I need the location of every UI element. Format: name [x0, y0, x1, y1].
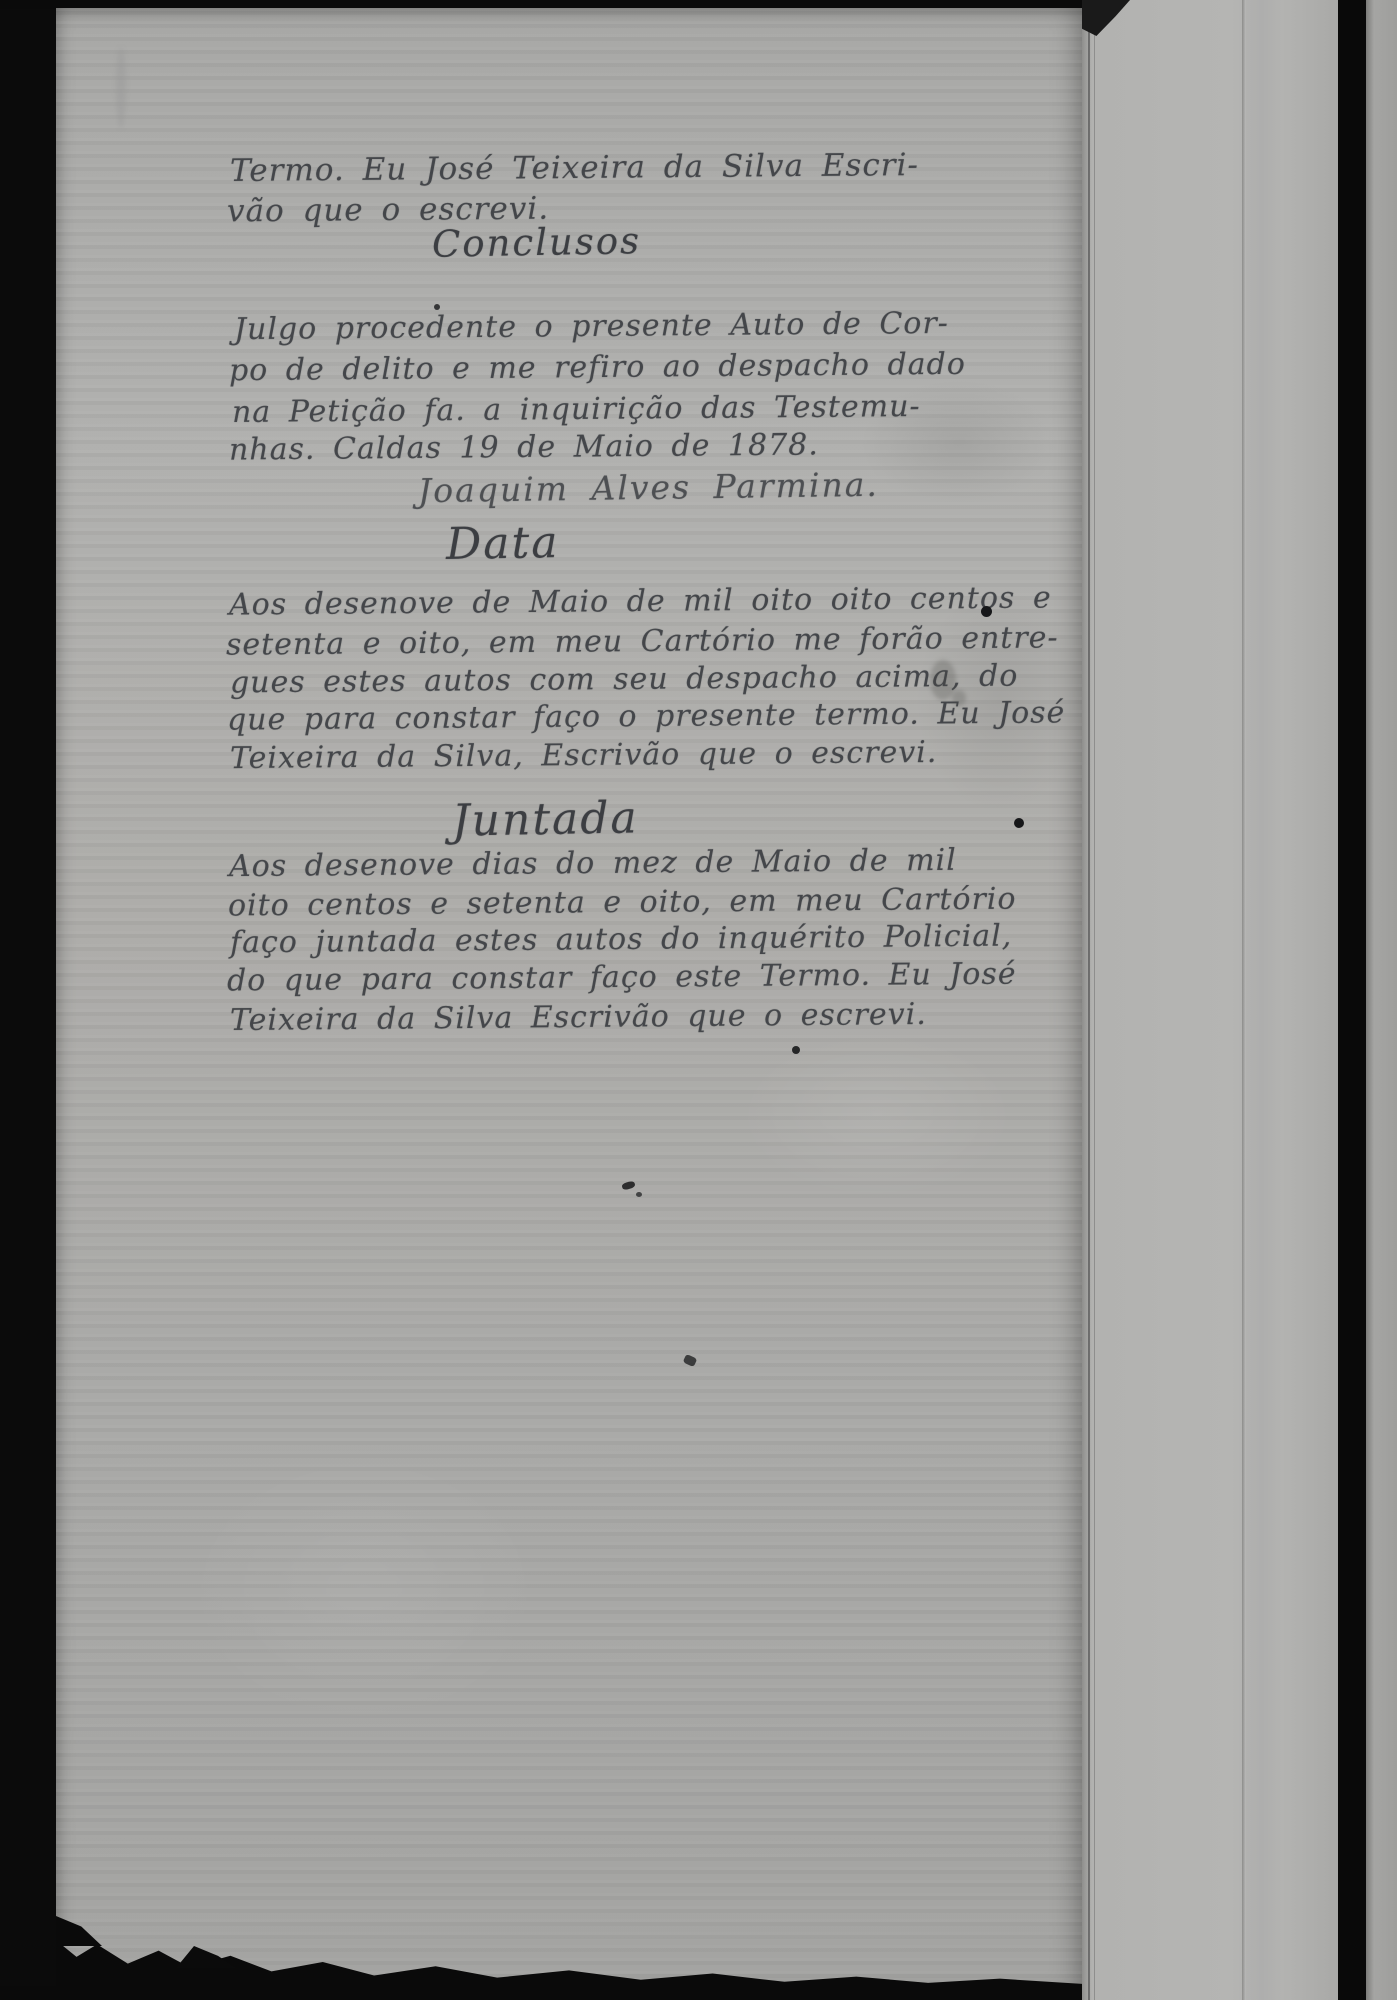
ink-speck	[1014, 818, 1024, 828]
ink-speck	[792, 1046, 800, 1054]
manuscript-line: na Petição fa. a inquirição das Testemu-	[232, 389, 921, 430]
manuscript-line: nhas. Caldas 19 de Maio de 1878.	[229, 427, 819, 467]
manuscript-line: gues estes autos com seu despacho acima,…	[230, 659, 1019, 701]
ink-speck	[434, 304, 440, 310]
page-gap	[1338, 0, 1366, 2000]
manuscript-line: Aos desenove dias do mez de Maio de mil	[229, 843, 957, 884]
manuscript-page	[56, 8, 1082, 1986]
manuscript-line: Teixeira da Silva, Escrivão que o escrev…	[230, 735, 938, 776]
manuscript-line: faço juntada estes autos do inquérito Po…	[230, 919, 1013, 961]
foxing-smudge	[952, 690, 966, 706]
section-heading-juntada: Juntada	[452, 792, 640, 846]
ink-speck	[636, 1192, 642, 1197]
edge-smudge	[116, 48, 126, 128]
next-page-edge	[1366, 0, 1397, 2000]
page-edge-line	[1088, 0, 1090, 2000]
scanner-background-left	[0, 0, 58, 2000]
manuscript-line: Teixeira da Silva Escrivão que o escrevi…	[230, 997, 927, 1038]
manuscript-line: po de delito e me refiro ao despacho dad…	[229, 347, 966, 388]
page-crease	[1242, 0, 1246, 2000]
manuscript-line: Termo. Eu José Teixeira da Silva Escri-	[230, 147, 919, 189]
manuscript-line: que para constar faço o presente termo. …	[227, 695, 1066, 737]
manuscript-line: setenta e oito, em meu Cartório me forão…	[226, 620, 1059, 662]
scan-stage: Termo. Eu José Teixeira da Silva Escri- …	[0, 0, 1397, 2000]
adjacent-page-edge	[1082, 0, 1338, 2000]
ink-speck	[981, 606, 992, 617]
section-heading-data: Data	[446, 517, 560, 570]
section-heading-conclusos: Conclusos	[432, 219, 642, 266]
judge-signature: Joaquim Alves Parmina.	[418, 465, 879, 510]
shadow-blob	[1082, 0, 1130, 36]
manuscript-line: do que para constar faço este Termo. Eu …	[227, 957, 1017, 999]
page-edge-line	[1094, 0, 1095, 2000]
manuscript-line: Aos desenove de Maio de mil oito oito ce…	[229, 580, 1052, 622]
torn-nick	[56, 1916, 102, 1946]
manuscript-line: Julgo procedente o presente Auto de Cor-	[234, 306, 949, 347]
manuscript-line: oito centos e setenta e oito, em meu Car…	[228, 882, 1017, 924]
